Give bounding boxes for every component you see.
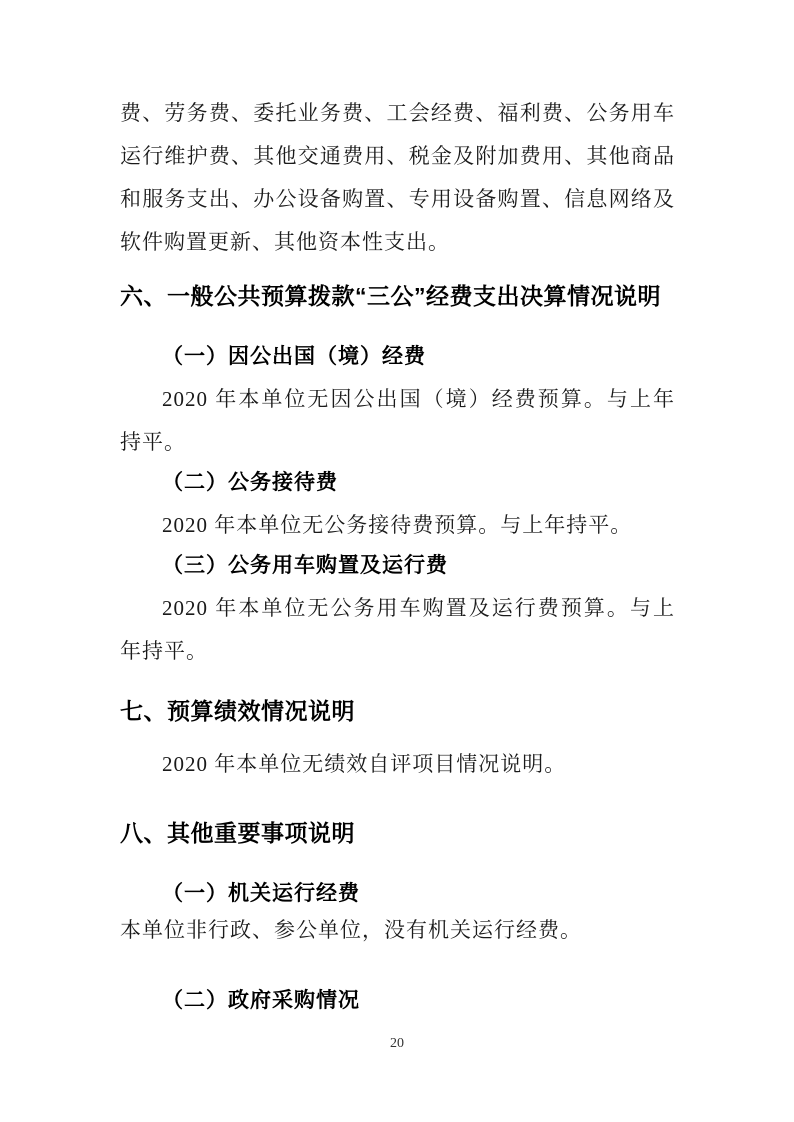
subsection-heading-6-1: （一）因公出国（境）经费 <box>120 340 675 372</box>
page-number: 20 <box>0 1036 794 1052</box>
subsection-heading-8-2: （二）政府采购情况 <box>120 984 675 1016</box>
paragraph-8-1: 本单位非行政、参公单位，没有机关运行经费。 <box>120 909 675 952</box>
document-page: 费、劳务费、委托业务费、工会经费、福利费、公务用车运行维护费、其他交通费用、税金… <box>0 0 794 1122</box>
section-heading-8: 八、其他重要事项说明 <box>120 815 675 851</box>
subsection-heading-6-3: （三）公务用车购置及运行费 <box>120 549 675 581</box>
paragraph-6-1: 2020 年本单位无因公出国（境）经费预算。与上年持平。 <box>120 378 675 464</box>
continued-paragraph: 费、劳务费、委托业务费、工会经费、福利费、公务用车运行维护费、其他交通费用、税金… <box>120 92 675 264</box>
page-content: 费、劳务费、委托业务费、工会经费、福利费、公务用车运行维护费、其他交通费用、税金… <box>120 92 675 1016</box>
paragraph-7: 2020 年本单位无绩效自评项目情况说明。 <box>120 743 675 786</box>
section-heading-6: 六、一般公共预算拨款“三公”经费支出决算情况说明 <box>120 278 675 314</box>
paragraph-6-2: 2020 年本单位无公务接待费预算。与上年持平。 <box>120 504 675 547</box>
subsection-heading-6-2: （二）公务接待费 <box>120 466 675 498</box>
subsection-heading-8-1: （一）机关运行经费 <box>120 877 675 909</box>
paragraph-6-3: 2020 年本单位无公务用车购置及运行费预算。与上年持平。 <box>120 587 675 673</box>
section-heading-7: 七、预算绩效情况说明 <box>120 693 675 729</box>
